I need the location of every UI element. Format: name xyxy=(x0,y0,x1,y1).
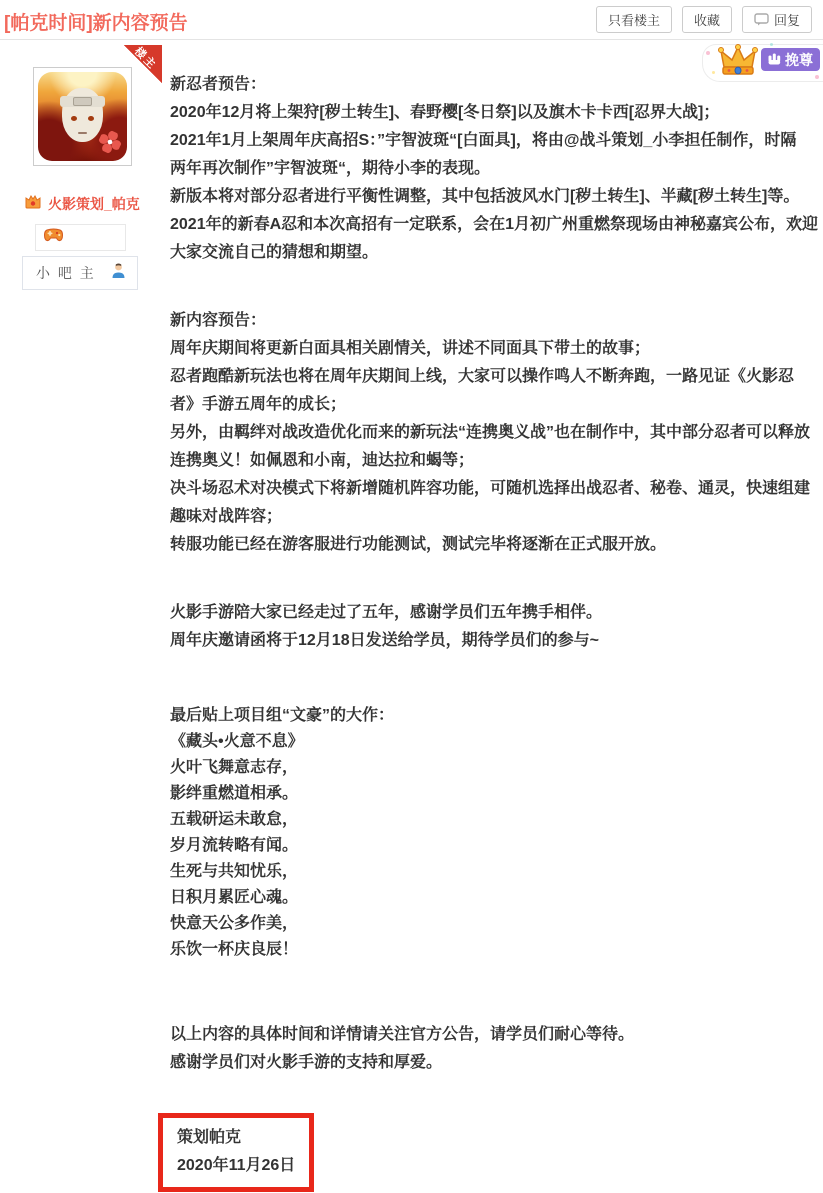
post-text-line: 影绊重燃道相承。 xyxy=(170,781,823,807)
post-text-line: 以上内容的具体时间和详情请关注官方公告，请学员们耐心等待。 xyxy=(170,1021,823,1049)
post-text-line: 快意天公多作美， xyxy=(170,911,823,937)
tieba-thread-page: [帕克时间]新内容预告 只看楼主 收藏 回复 楼主 xyxy=(0,0,823,1193)
post-paragraph-block: 火影手游陪大家已经走过了五年，感谢学员们五年携手相伴。周年庆邀请函将于12月18… xyxy=(170,599,823,655)
header-actions: 只看楼主 收藏 回复 xyxy=(596,6,812,33)
thread-header: [帕克时间]新内容预告 只看楼主 收藏 回复 xyxy=(0,0,823,40)
author-username-link[interactable]: 火影策划_帕克 xyxy=(48,194,140,214)
post-text-line: 最后贴上项目组“文豪”的大作： xyxy=(170,703,823,729)
post-text-line: 火叶飞舞意志存， xyxy=(170,755,823,781)
page-title: [帕克时间]新内容预告 xyxy=(4,8,188,35)
person-icon xyxy=(109,261,128,285)
floor-badge-label: 楼主 xyxy=(131,43,161,73)
post-text-line: 日积月累匠心魂。 xyxy=(170,885,823,911)
post-text-line: 转服功能已经在游客服进行功能测试，测试完毕将逐渐在正式服开放。 xyxy=(170,531,823,559)
game-badge-box[interactable] xyxy=(35,224,126,251)
post-text-line: 趣味对战阵容； xyxy=(170,503,823,531)
post-content: 新忍者预告：2020年12月将上架狩[秽土转生]、春野樱[冬日祭]以及旗木卡卡西… xyxy=(170,41,823,1192)
post-paragraphs: 新忍者预告：2020年12月将上架狩[秽土转生]、春野樱[冬日祭]以及旗木卡卡西… xyxy=(170,71,823,1077)
avatar[interactable] xyxy=(33,67,132,166)
post-text-line: 另外，由羁绊对战改造优化而来的新玩法“连携奥义战”也在制作中，其中部分忍者可以释… xyxy=(170,419,823,447)
post-paragraph-block: 新忍者预告：2020年12月将上架狩[秽土转生]、春野樱[冬日祭]以及旗木卡卡西… xyxy=(170,71,823,267)
post-text-line: 2020年12月将上架狩[秽土转生]、春野樱[冬日祭]以及旗木卡卡西[忍界大战]… xyxy=(170,99,823,127)
member-badge-icon xyxy=(24,192,42,215)
favorite-label: 收藏 xyxy=(694,10,720,29)
avatar-image xyxy=(38,72,127,161)
post-text-line: 火影手游陪大家已经走过了五年，感谢学员们五年携手相伴。 xyxy=(170,599,823,627)
post-text-line: 忍者跑酷新玩法也将在周年庆期间上线，大家可以操作鸣人不断奔跑，一路见证《火影忍 xyxy=(170,363,823,391)
post-text-line: 新内容预告： xyxy=(170,307,823,335)
post-text-line: 决斗场忍术对决模式下将新增随机阵容功能，可随机选择出战忍者、秘卷、通灵，快速组建 xyxy=(170,475,823,503)
favorite-button[interactable]: 收藏 xyxy=(682,6,732,33)
view-author-only-label: 只看楼主 xyxy=(608,10,660,29)
view-author-only-button[interactable]: 只看楼主 xyxy=(596,6,672,33)
reply-button[interactable]: 回复 xyxy=(742,6,812,33)
post-text-line: 新版本将对部分忍者进行平衡性调整，其中包括波风水门[秽土转生]、半藏[秽土转生]… xyxy=(170,183,823,211)
post-text-line: 生死与共知忧乐， xyxy=(170,859,823,885)
moderator-badge[interactable]: 小 吧 主 xyxy=(22,256,138,290)
post-paragraph-block: 最后贴上项目组“文豪”的大作：《藏头•火意不息》火叶飞舞意志存，影绊重燃道相承。… xyxy=(170,703,823,963)
reply-label: 回复 xyxy=(774,10,800,29)
post-text-line: 《藏头•火意不息》 xyxy=(170,729,823,755)
post-paragraph-block: 以上内容的具体时间和详情请关注官方公告，请学员们耐心等待。感谢学员们对火影手游的… xyxy=(170,1021,823,1077)
post-text-line: 2021年的新春A忍和本次高招有一定联系，会在1月初广州重燃祭现场由神秘嘉宾公布… xyxy=(170,211,823,239)
post-paragraph-block: 新内容预告：周年庆期间将更新白面具相关剧情关，讲述不同面具下带土的故事；忍者跑酷… xyxy=(170,307,823,559)
post-text-line: 连携奥义！如佩恩和小南，迪达拉和蝎等； xyxy=(170,447,823,475)
signature-highlight-box: 策划帕克 2020年11月26日 xyxy=(158,1113,314,1192)
post-text-line: 感谢学员们对火影手游的支持和厚爱。 xyxy=(170,1049,823,1077)
post-text-line: 五载研运未敢怠， xyxy=(170,807,823,833)
author-info-row: 火影策划_帕克 xyxy=(24,192,140,215)
post-text-line: 乐饮一杯庆良辰！ xyxy=(170,937,823,963)
signature-date: 2020年11月26日 xyxy=(177,1152,295,1180)
post-text-line: 周年庆期间将更新白面具相关剧情关，讲述不同面具下带土的故事； xyxy=(170,335,823,363)
gamepad-icon xyxy=(43,227,64,248)
post-text-line: 2021年1月上架周年庆高招S：”宇智波斑“[白面具]，将由@战斗策划_小李担任… xyxy=(170,127,823,155)
post-text-line: 两年再次制作”宇智波斑“，期待小李的表现。 xyxy=(170,155,823,183)
moderator-badge-label: 小 吧 主 xyxy=(36,263,96,283)
post-text-line: 者》手游五周年的成长； xyxy=(170,391,823,419)
post-text-line: 大家交流自己的猜想和期望。 xyxy=(170,239,823,267)
post-text-line: 新忍者预告： xyxy=(170,71,823,99)
post-body: 楼主 火影策划_帕克 xyxy=(0,41,823,1193)
post-text-line: 岁月流转略有闻。 xyxy=(170,833,823,859)
post-text-line: 周年庆邀请函将于12月18日发送给学员，期待学员们的参与~ xyxy=(170,627,823,655)
signature-name: 策划帕克 xyxy=(177,1124,295,1152)
speech-bubble-icon xyxy=(754,13,769,26)
